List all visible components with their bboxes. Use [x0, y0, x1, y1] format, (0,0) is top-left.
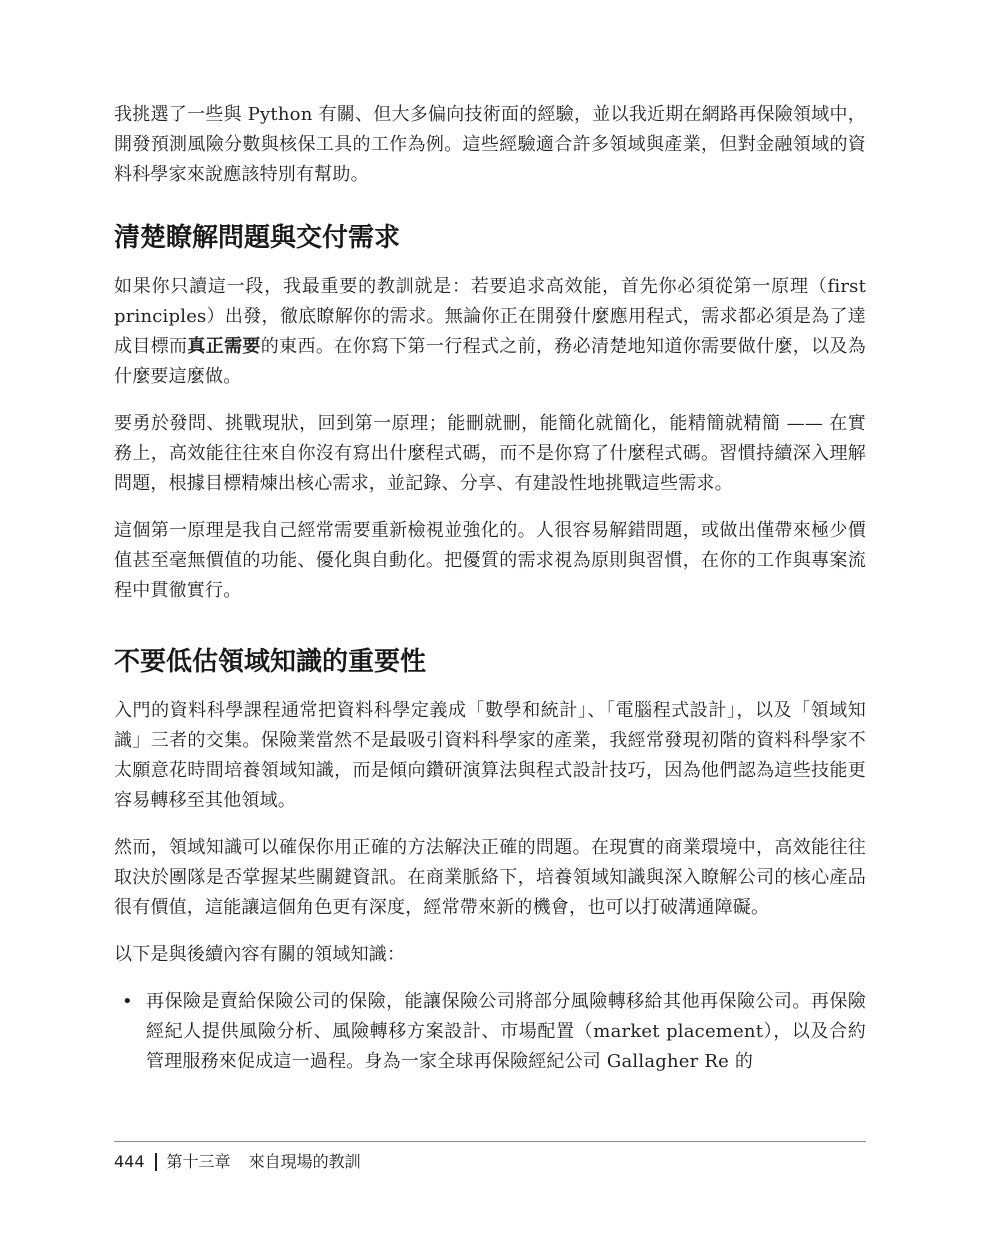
running-footer: 444 第十三章 來自現場的教訓 — [114, 1150, 866, 1174]
list-item: • 再保險是賣給保險公司的保險，能讓保險公司將部分風險轉移給其他再保險公司。再保… — [114, 987, 866, 1077]
requirements-paragraph-3: 這個第一原理是我自己經常需要重新檢視並強化的。人很容易解錯問題，或做出僅帶來極少… — [114, 516, 866, 606]
separator-bar — [155, 1153, 157, 1171]
page-body: 我挑選了一些與 Python 有關、但大多偏向技術面的經驗，並以我近期在網路再保… — [114, 100, 866, 1077]
bullet-icon: • — [122, 987, 133, 1017]
page-number: 444 — [114, 1150, 145, 1174]
page-footer: 444 第十三章 來自現場的教訓 — [114, 1141, 866, 1174]
footer-divider — [114, 1141, 866, 1142]
chapter-number: 第十三章 — [167, 1150, 231, 1174]
domain-paragraph-3: 以下是與後續內容有關的領域知識： — [114, 940, 866, 970]
list-item-text: 再保險是賣給保險公司的保險，能讓保險公司將部分風險轉移給其他再保險公司。再保險經… — [146, 991, 866, 1072]
chapter-title: 來自現場的教訓 — [249, 1150, 361, 1174]
section-heading-requirements: 清楚瞭解問題與交付需求 — [114, 220, 866, 256]
requirements-paragraph-1: 如果你只讀這一段，我最重要的教訓就是：若要追求高效能，首先你必須從第一原理（fi… — [114, 272, 866, 392]
intro-paragraph: 我挑選了一些與 Python 有關、但大多偏向技術面的經驗，並以我近期在網路再保… — [114, 100, 866, 190]
requirements-paragraph-2: 要勇於發問、挑戰現狀，回到第一原理；能刪就刪，能簡化就簡化，能精簡就精簡 —— … — [114, 409, 866, 499]
domain-paragraph-2: 然而，領域知識可以確保你用正確的方法解決正確的問題。在現實的商業環境中，高效能往… — [114, 833, 866, 923]
emphasis-text: 真正需要 — [187, 336, 260, 357]
section-heading-domain-knowledge: 不要低估領域知識的重要性 — [114, 644, 866, 680]
domain-paragraph-1: 入門的資料科學課程通常把資料科學定義成「數學和統計」、「電腦程式設計」，以及「領… — [114, 696, 866, 816]
domain-knowledge-list: • 再保險是賣給保險公司的保險，能讓保險公司將部分風險轉移給其他再保險公司。再保… — [114, 987, 866, 1077]
